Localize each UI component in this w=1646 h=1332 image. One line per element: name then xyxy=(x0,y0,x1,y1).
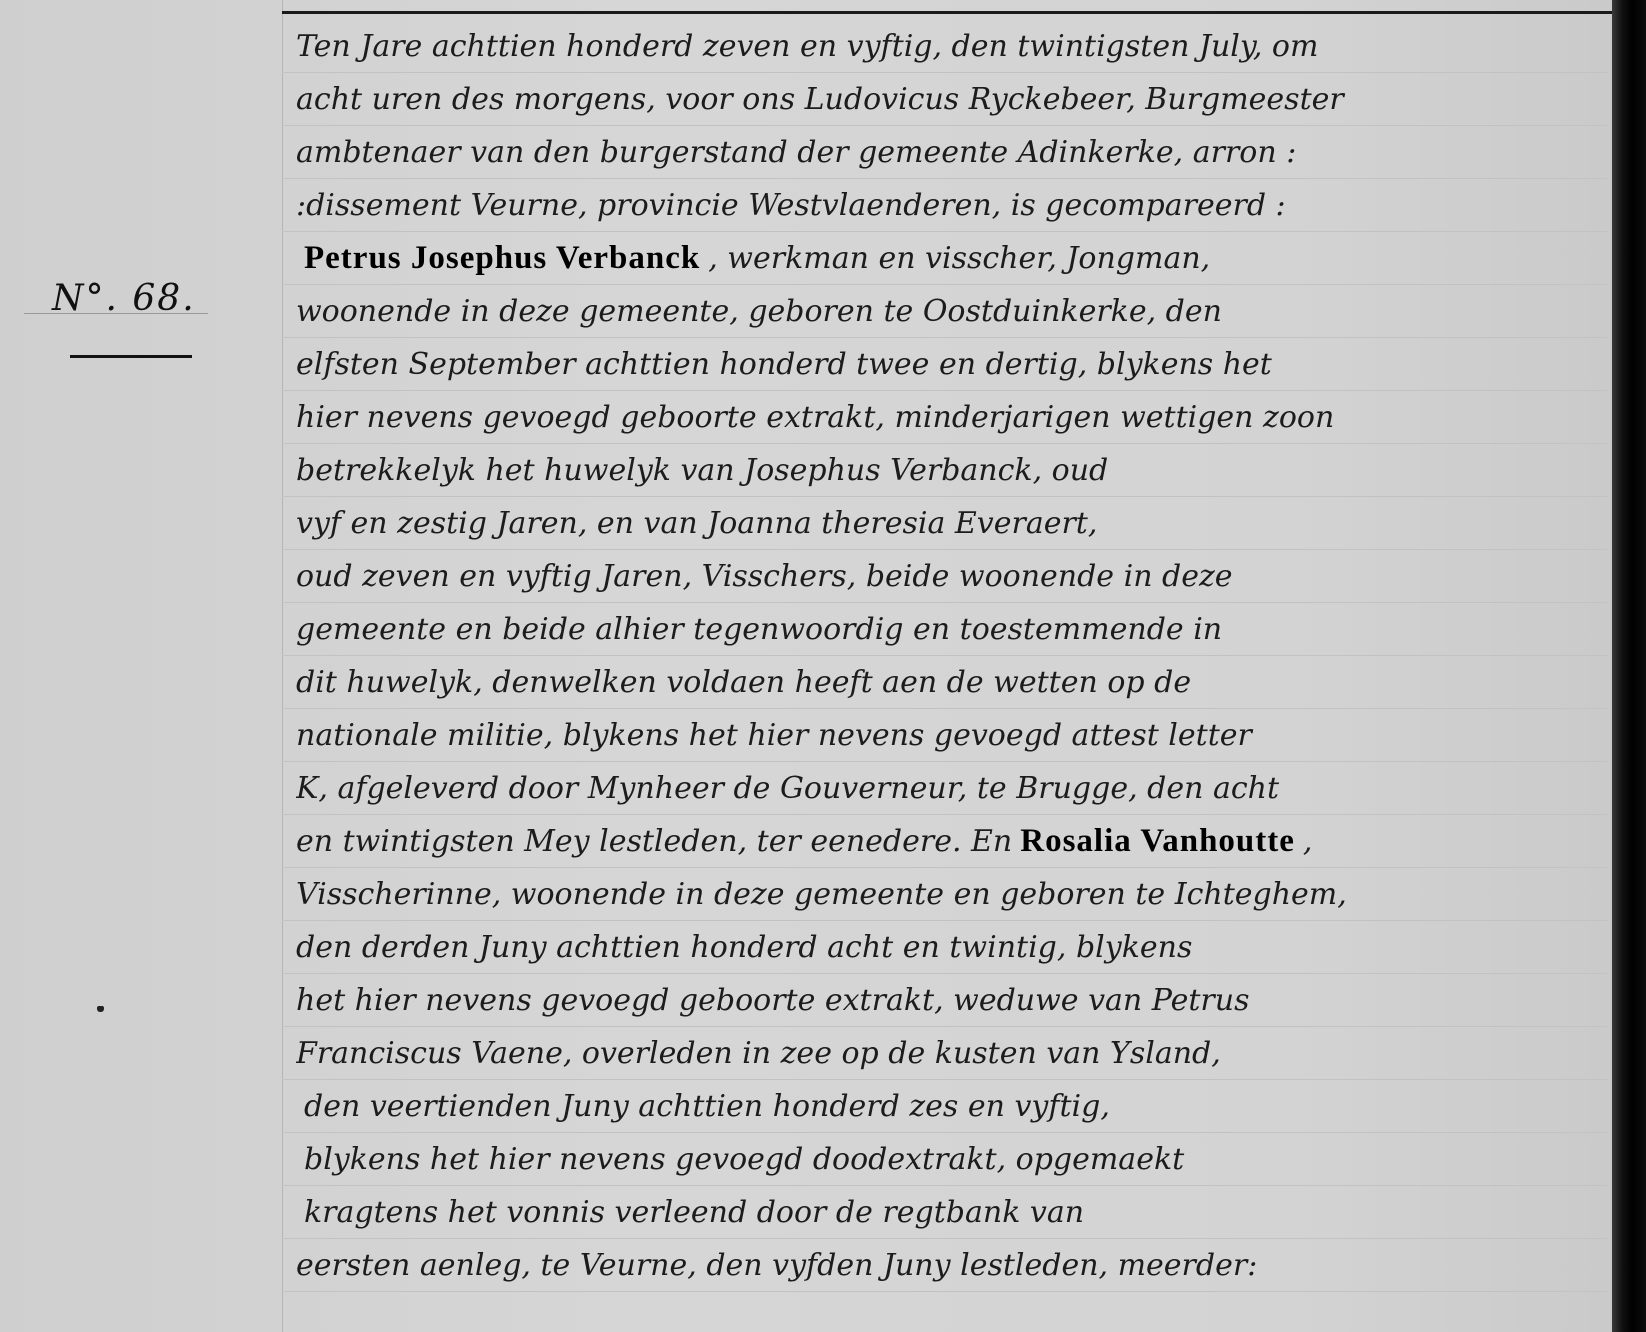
line-text: blykens het hier nevens gevoegd doodextr… xyxy=(304,1133,1184,1186)
line-text: hier nevens gevoegd geboorte extrakt, mi… xyxy=(296,391,1334,444)
line-text: Franciscus Vaene, overleden in zee op de… xyxy=(296,1027,1221,1080)
text-line: kragtens het vonnis verleend door de reg… xyxy=(296,1186,1602,1239)
line-text: elfsten September achttien honderd twee … xyxy=(296,338,1272,391)
entry-number-underline xyxy=(70,355,192,358)
book-binding-edge xyxy=(1612,0,1646,1332)
text-line: acht uren des morgens, voor ons Ludovicu… xyxy=(296,73,1602,126)
line-text: nationale militie, blykens het hier neve… xyxy=(296,709,1252,762)
text-line: het hier nevens gevoegd geboorte extrakt… xyxy=(296,974,1602,1027)
line-text: dit huwelyk, denwelken voldaen heeft aen… xyxy=(296,656,1191,709)
line-text: , werkman en visscher, Jongman, xyxy=(708,232,1210,285)
line-text: :dissement Veurne, provincie Westvlaende… xyxy=(296,179,1286,232)
text-line: den derden Juny achttien honderd acht en… xyxy=(296,921,1602,974)
line-text: betrekkelyk het huwelyk van Josephus Ver… xyxy=(296,444,1108,497)
line-text: den derden Juny achttien honderd acht en… xyxy=(296,921,1192,974)
text-line: vyf en zestig Jaren, en van Joanna there… xyxy=(296,497,1602,550)
groom-name: Petrus Josephus Verbanck xyxy=(304,232,700,285)
line-text: het hier nevens gevoegd geboorte extrakt… xyxy=(296,974,1249,1027)
line-text: Ten Jare achttien honderd zeven en vyfti… xyxy=(296,20,1318,73)
text-line: den veertienden Juny achttien honderd ze… xyxy=(296,1080,1602,1133)
line-text: en twintigsten Mey lestleden, ter eenede… xyxy=(296,815,1012,868)
entry-number: N°. 68. xyxy=(52,278,196,319)
text-line-groom: Petrus Josephus Verbanck , werkman en vi… xyxy=(296,232,1602,285)
text-line: betrekkelyk het huwelyk van Josephus Ver… xyxy=(296,444,1602,497)
line-text: Visscherinne, woonende in deze gemeente … xyxy=(296,868,1347,921)
line-text: kragtens het vonnis verleend door de reg… xyxy=(304,1186,1084,1239)
line-text: , xyxy=(1303,815,1313,868)
line-text: oud zeven en vyftig Jaren, Visschers, be… xyxy=(296,550,1233,603)
line-text: vyf en zestig Jaren, en van Joanna there… xyxy=(296,497,1097,550)
text-line: nationale militie, blykens het hier neve… xyxy=(296,709,1602,762)
ink-speck xyxy=(97,1006,104,1012)
text-line: hier nevens gevoegd geboorte extrakt, mi… xyxy=(296,391,1602,444)
text-line: elfsten September achttien honderd twee … xyxy=(296,338,1602,391)
line-text: ambtenaer van den burgerstand der gemeen… xyxy=(296,126,1296,179)
text-line: dit huwelyk, denwelken voldaen heeft aen… xyxy=(296,656,1602,709)
text-line: ambtenaer van den burgerstand der gemeen… xyxy=(296,126,1602,179)
line-text: gemeente en beide alhier tegenwoordig en… xyxy=(296,603,1222,656)
register-page: N°. 68. Ten Jare achttien honderd zeven … xyxy=(0,0,1612,1332)
line-text: woonende in deze gemeente, geboren te Oo… xyxy=(296,285,1222,338)
text-line: :dissement Veurne, provincie Westvlaende… xyxy=(296,179,1602,232)
text-line: woonende in deze gemeente, geboren te Oo… xyxy=(296,285,1602,338)
text-line: blykens het hier nevens gevoegd doodextr… xyxy=(296,1133,1602,1186)
text-line: Franciscus Vaene, overleden in zee op de… xyxy=(296,1027,1602,1080)
text-line-bride: en twintigsten Mey lestleden, ter eenede… xyxy=(296,815,1602,868)
top-rule xyxy=(282,11,1612,14)
line-text: den veertienden Juny achttien honderd ze… xyxy=(304,1080,1110,1133)
line-text: acht uren des morgens, voor ons Ludovicu… xyxy=(296,73,1344,126)
text-line: oud zeven en vyftig Jaren, Visschers, be… xyxy=(296,550,1602,603)
text-line: gemeente en beide alhier tegenwoordig en… xyxy=(296,603,1602,656)
text-line: K, afgeleverd door Mynheer de Gouverneur… xyxy=(296,762,1602,815)
text-line: Ten Jare achttien honderd zeven en vyfti… xyxy=(296,20,1602,73)
bride-name: Rosalia Vanhoutte xyxy=(1020,815,1295,868)
text-line: Visscherinne, woonende in deze gemeente … xyxy=(296,868,1602,921)
line-text: eersten aenleg, te Veurne, den vyfden Ju… xyxy=(296,1239,1257,1292)
text-line: eersten aenleg, te Veurne, den vyfden Ju… xyxy=(296,1239,1602,1292)
record-text: Ten Jare achttien honderd zeven en vyfti… xyxy=(296,20,1602,1292)
line-text: K, afgeleverd door Mynheer de Gouverneur… xyxy=(296,762,1279,815)
